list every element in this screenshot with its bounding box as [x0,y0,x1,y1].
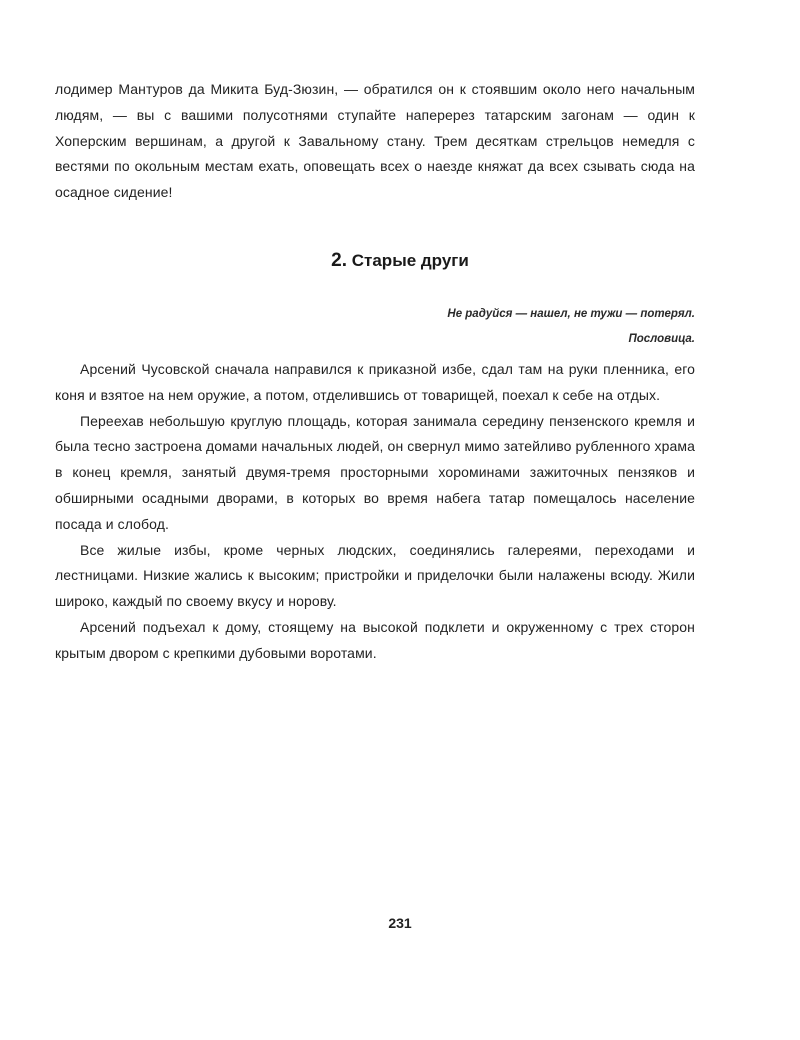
epigraph-text: Не радуйся — нашел, не тужи — потерял. [447,302,695,327]
epigraph: Не радуйся — нашел, не тужи — потерял. П… [447,302,695,352]
chapter-body: Арсений Чусовской сначала направился к п… [55,357,695,667]
page-number: 231 [0,915,800,931]
chapter-heading: 2. Старые други [0,250,800,272]
paragraph: Все жилые избы, кроме черных людских, со… [55,538,695,615]
paragraph-continued: лодимер Мантуров да Микита Буд-Зюзин, — … [55,77,695,206]
paragraph: Арсений Чусовской сначала направился к п… [55,357,695,409]
continued-paragraph: лодимер Мантуров да Микита Буд-Зюзин, — … [55,77,695,206]
chapter-title: Старые други [352,251,469,270]
paragraph: Переехав небольшую круглую площадь, кото… [55,409,695,538]
chapter-number: 2. [331,250,347,271]
epigraph-source: Пословица. [447,327,695,352]
paragraph: Арсений подъехал к дому, стоящему на выс… [55,615,695,667]
